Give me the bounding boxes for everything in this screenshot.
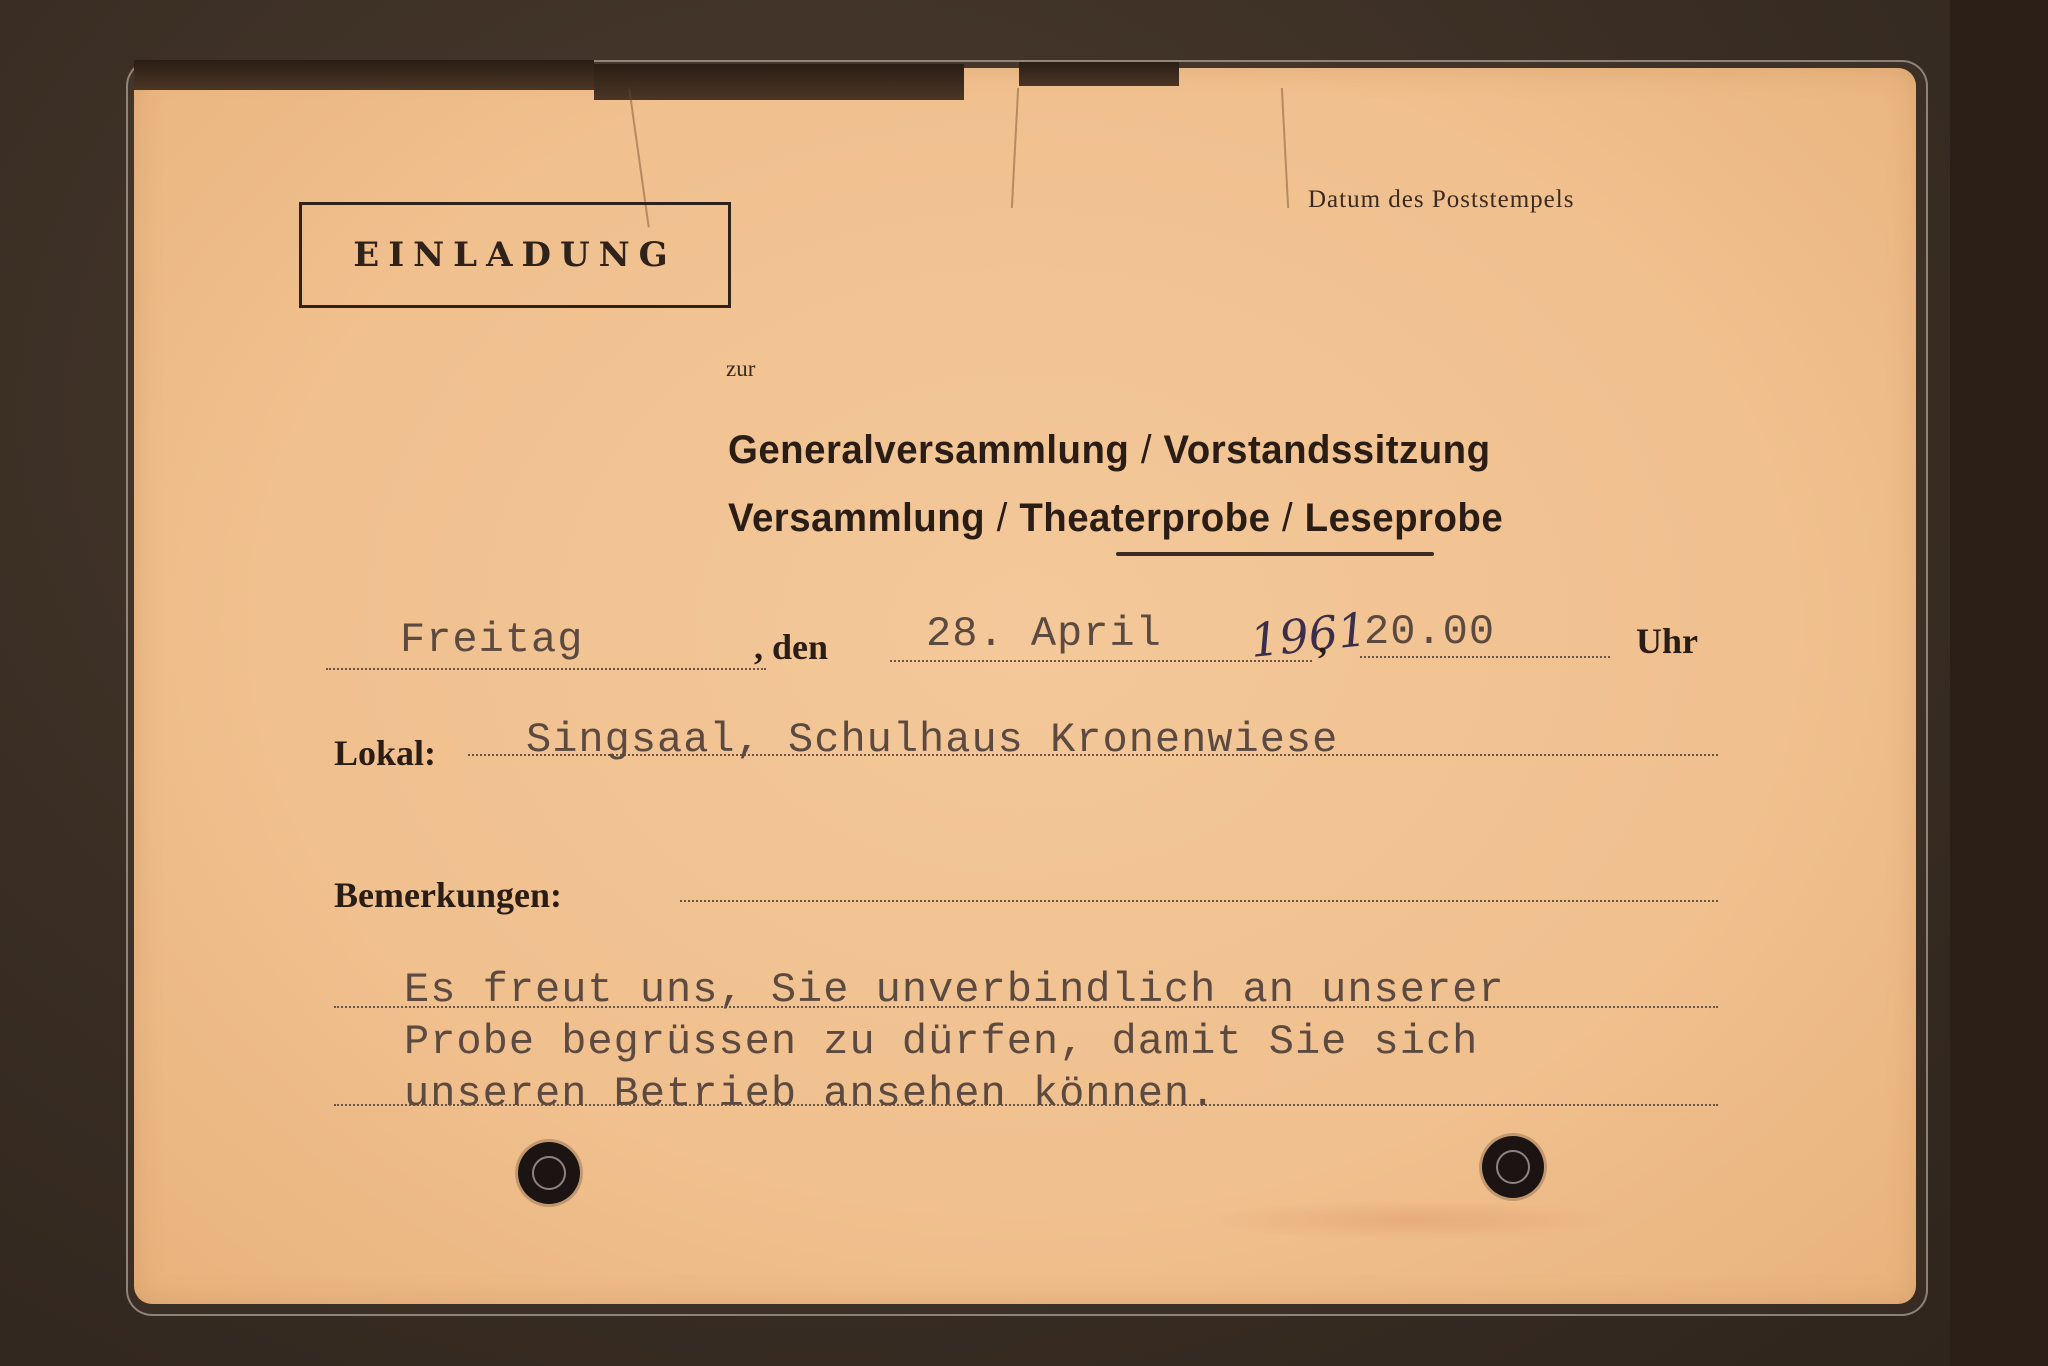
remarks-line-1: Es freut uns, Sie unverbindlich an unser…: [404, 966, 1505, 1014]
bemerkungen-label: Bemerkungen:: [334, 874, 562, 916]
uhr-label: Uhr: [1636, 620, 1698, 662]
ink-smudge: [1200, 1200, 1620, 1240]
date-comma: ,: [1318, 620, 1327, 662]
meeting-types-line-1: Generalversammlung/Vorstandssitzung: [728, 428, 1491, 473]
remarks-line-2: Probe begrüssen zu dürfen, damit Sie sic…: [404, 1018, 1478, 1066]
date-dotted-line: [890, 660, 1312, 662]
time-dotted-line: [1360, 656, 1610, 658]
preposition-zur: zur: [726, 356, 755, 382]
torn-edge: [1019, 62, 1179, 86]
den-label: , den: [754, 626, 828, 668]
date-value: 28. April: [926, 610, 1162, 658]
remarks-line-3: unseren Betrieb ansehen können.: [404, 1070, 1216, 1118]
option-versammlung: Versammlung: [728, 496, 985, 540]
einladung-title-box: EINLADUNG: [299, 202, 731, 308]
remarks-dotted-line-1: [680, 900, 1718, 902]
meeting-types-line-2: Versammlung/Theaterprobe/Leseprobe: [728, 496, 1503, 541]
weekday-dotted-line: [326, 668, 766, 670]
paper-crack: [1281, 88, 1289, 208]
punch-hole-right: [1482, 1136, 1544, 1198]
lokal-label: Lokal:: [334, 732, 436, 774]
option-theaterprobe: Theaterprobe: [1019, 496, 1270, 540]
torn-edge: [594, 64, 964, 100]
weekday-value: Freitag: [400, 616, 583, 664]
option-leseprobe: Leseprobe: [1305, 496, 1504, 540]
paper-crack: [1011, 88, 1019, 208]
time-value: 20.00: [1364, 608, 1495, 656]
einladung-title: EINLADUNG: [353, 235, 676, 275]
postmark-date-label: Datum des Poststempels: [1308, 186, 1574, 214]
punch-hole-left: [518, 1142, 580, 1204]
option-vorstandssitzung: Vorstandssitzung: [1164, 428, 1491, 472]
background-strip: [1950, 0, 2048, 1366]
torn-edge: [134, 60, 594, 90]
theaterprobe-selection-underline: [1116, 552, 1434, 556]
location-value: Singsaal, Schulhaus Kronenwiese: [526, 716, 1338, 764]
option-generalversammlung: Generalversammlung: [728, 428, 1129, 472]
